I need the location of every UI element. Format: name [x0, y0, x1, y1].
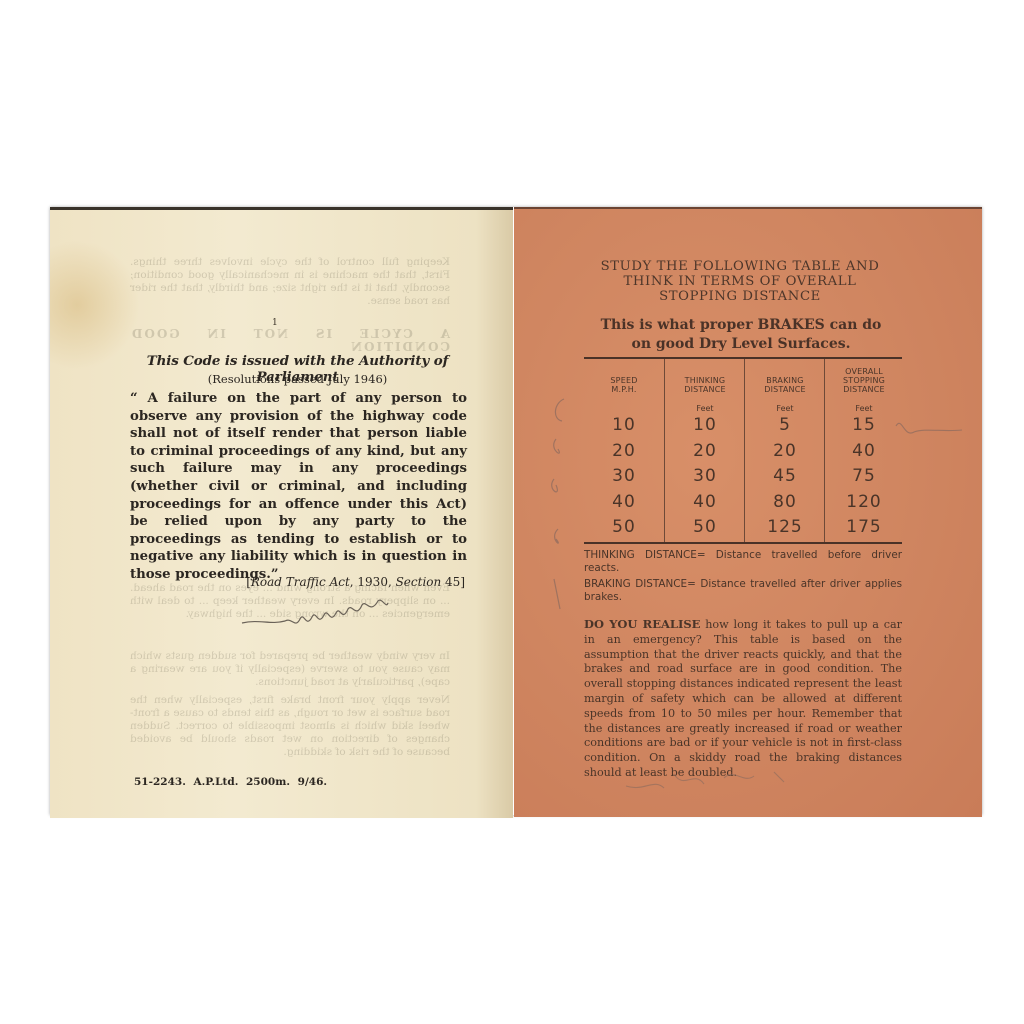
column-braking: BRAKINGDISTANCEFeet5204580125: [744, 359, 825, 542]
table-cell: 175: [825, 517, 903, 537]
table-bottom-rule: [584, 542, 902, 544]
booklet-spread: Keeping full control of the cycle involv…: [50, 207, 982, 815]
table-cell: 50: [665, 517, 745, 537]
table-cell: 125: [745, 517, 825, 537]
resolutions-line: (Resolutions passed July 1946): [130, 372, 465, 386]
definition-term: BRAKING DISTANCE: [584, 578, 687, 590]
citation-act: Road Traffic Act: [251, 575, 350, 589]
right-page: STUDY THE FOLLOWING TABLE AND THINK IN T…: [514, 207, 982, 817]
table-cell: 45: [745, 466, 825, 486]
column-header: THINKINGDISTANCE: [665, 376, 745, 394]
pencil-scribble-icon: [624, 764, 804, 794]
bleed-through-lower-text-1: In very windy weather be prepared for su…: [130, 650, 450, 689]
pencil-signature-icon: [240, 595, 390, 635]
table-cell: 10: [665, 415, 745, 435]
road-traffic-act-quote: “ A failure on the part of any person to…: [130, 390, 467, 584]
table-cell: 15: [825, 415, 903, 435]
bleed-through-top-text: Keeping full control of the cycle involv…: [130, 256, 450, 308]
study-heading-line-3: STOPPING DISTANCE: [584, 289, 896, 304]
study-heading-line-2: THINK IN TERMS OF OVERALL: [584, 274, 896, 289]
brakes-heading-line-2: on good Dry Level Surfaces.: [578, 335, 904, 354]
citation-section: Section: [396, 575, 442, 589]
table-cell: 40: [584, 492, 664, 512]
table-cell: 20: [584, 441, 664, 461]
brakes-heading: This is what proper BRAKES can do on goo…: [578, 316, 904, 354]
realise-text: how long it takes to pull up a car in an…: [584, 618, 902, 779]
citation: [Road Traffic Act, 1930, Section 45]: [246, 575, 465, 589]
table-cell: 10: [584, 415, 664, 435]
table-cell: 40: [825, 441, 903, 461]
column-overall: OVERALLSTOPPINGDISTANCEFeet154075120175: [824, 359, 903, 542]
column-thinking: THINKINGDISTANCEFeet1020304050: [664, 359, 745, 542]
column-header: OVERALLSTOPPINGDISTANCE: [825, 367, 903, 394]
table-cell: 20: [745, 441, 825, 461]
table-cell: 75: [825, 466, 903, 486]
left-page: Keeping full control of the cycle involv…: [50, 207, 513, 818]
table-cell: 30: [584, 466, 664, 486]
stopping-distance-table: SPEEDM.P.H.1020304050THINKINGDISTANCEFee…: [584, 359, 902, 542]
table-cell: 80: [745, 492, 825, 512]
column-unit: Feet: [825, 404, 903, 413]
citation-year: , 1930,: [350, 575, 396, 589]
definition-braking: BRAKING DISTANCE= Distance travelled aft…: [584, 578, 902, 604]
study-heading: STUDY THE FOLLOWING TABLE AND THINK IN T…: [584, 259, 896, 289]
bleed-through-lower-text-2: Never apply your front brake first, espe…: [130, 694, 450, 759]
definition-term: THINKING DISTANCE: [584, 549, 697, 561]
table-cell: 40: [665, 492, 745, 512]
column-header: SPEEDM.P.H.: [584, 376, 664, 394]
definition-thinking: THINKING DISTANCE= Distance travelled be…: [584, 549, 902, 575]
column-speed: SPEEDM.P.H.1020304050: [584, 359, 664, 542]
pencil-marks-icon: [534, 389, 584, 619]
table-cell: 120: [825, 492, 903, 512]
print-code: 51-2243. A.P.Ltd. 2500m. 9/46.: [134, 776, 327, 788]
table-cell: 30: [665, 466, 745, 486]
bleed-through-heading: A CYCLE IS NOT IN GOOD CONDITION: [130, 328, 450, 354]
column-unit: Feet: [665, 404, 745, 413]
table-cell: 50: [584, 517, 664, 537]
study-heading-line-1: STUDY THE FOLLOWING TABLE AND: [584, 259, 896, 274]
pencil-mark-icon: [894, 414, 964, 444]
realise-lead: DO YOU REALISE: [584, 617, 700, 631]
column-header: BRAKINGDISTANCE: [745, 376, 825, 394]
realise-paragraph: DO YOU REALISE how long it takes to pull…: [584, 617, 902, 781]
paper-stain: [50, 240, 140, 370]
brakes-heading-line-1: This is what proper BRAKES can do: [578, 316, 904, 335]
citation-section-number: 45]: [441, 575, 465, 589]
page-number: 1: [272, 318, 278, 328]
table-cell: 5: [745, 415, 825, 435]
table-cell: 20: [665, 441, 745, 461]
column-unit: Feet: [745, 404, 825, 413]
